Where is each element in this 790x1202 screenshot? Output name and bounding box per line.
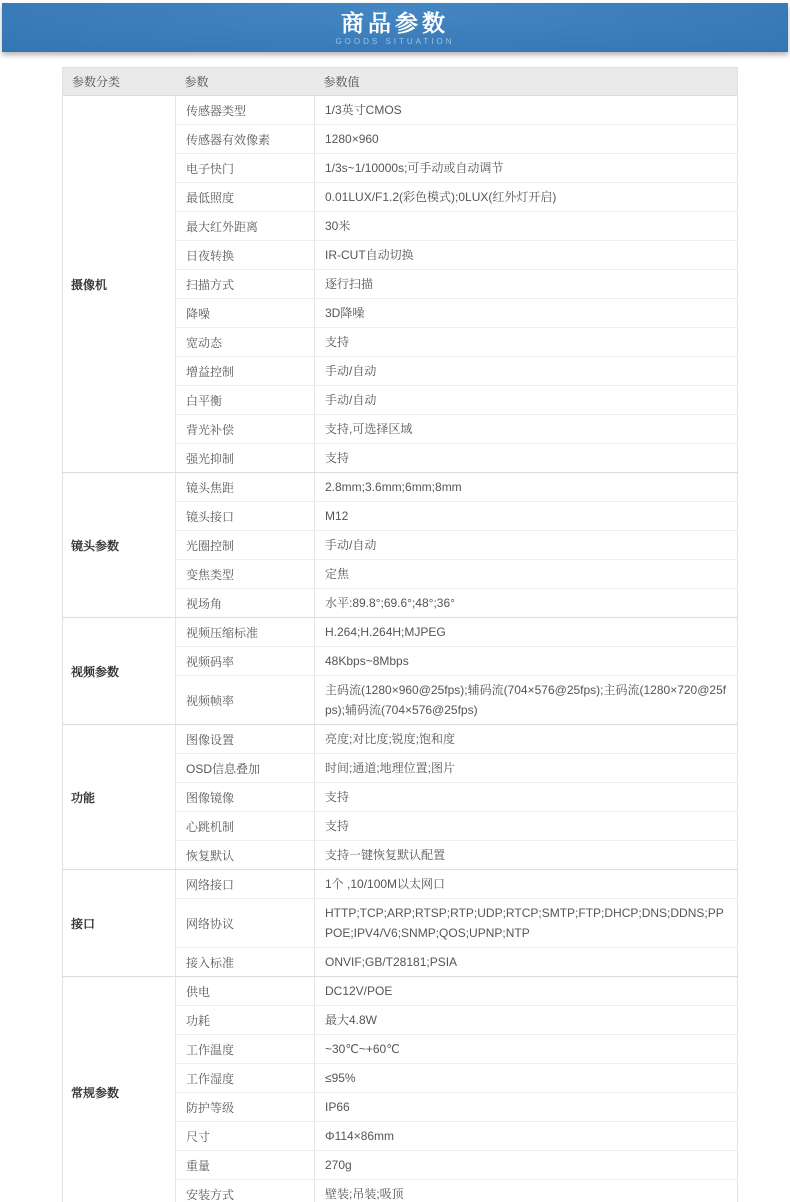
param-value-cell: 2.8mm;3.6mm;6mm;8mm	[315, 473, 738, 502]
param-name-cell: 镜头焦距	[176, 473, 315, 502]
table-row: 视频参数视频压缩标准H.264;H.264H;MJPEG	[63, 618, 738, 647]
param-name-cell: 供电	[176, 977, 315, 1006]
param-value-cell: M12	[315, 502, 738, 531]
param-value-cell: 水平:89.8°;69.6°;48°;36°	[315, 589, 738, 618]
param-name-cell: OSD信息叠加	[176, 754, 315, 783]
param-value-cell: 48Kbps~8Mbps	[315, 647, 738, 676]
param-value-cell: ONVIF;GB/T28181;PSIA	[315, 948, 738, 977]
param-value-cell: 逐行扫描	[315, 270, 738, 299]
param-name-cell: 安装方式	[176, 1180, 315, 1202]
category-cell: 摄像机	[63, 96, 176, 473]
param-name-cell: 视场角	[176, 589, 315, 618]
spec-table-body: 摄像机传感器类型1/3英寸CMOS传感器有效像素1280×960电子快门1/3s…	[63, 96, 738, 1202]
param-value-cell: 手动/自动	[315, 386, 738, 415]
param-name-cell: 网络协议	[176, 899, 315, 948]
param-name-cell: 传感器类型	[176, 96, 315, 125]
col-header-category: 参数分类	[63, 68, 176, 96]
param-name-cell: 图像镜像	[176, 783, 315, 812]
param-value-cell: DC12V/POE	[315, 977, 738, 1006]
param-value-cell: 支持一键恢复默认配置	[315, 841, 738, 870]
param-value-cell: 0.01LUX/F1.2(彩色模式);0LUX(红外灯开启)	[315, 183, 738, 212]
param-value-cell: 支持	[315, 328, 738, 357]
col-header-param: 参数	[176, 68, 315, 96]
param-name-cell: 功耗	[176, 1006, 315, 1035]
param-value-cell: 手动/自动	[315, 531, 738, 560]
param-value-cell: IP66	[315, 1093, 738, 1122]
param-value-cell: ≤95%	[315, 1064, 738, 1093]
param-name-cell: 工作湿度	[176, 1064, 315, 1093]
param-name-cell: 变焦类型	[176, 560, 315, 589]
param-name-cell: 恢复默认	[176, 841, 315, 870]
table-row: 摄像机传感器类型1/3英寸CMOS	[63, 96, 738, 125]
param-name-cell: 图像设置	[176, 725, 315, 754]
param-value-cell: 支持	[315, 783, 738, 812]
col-header-value: 参数值	[315, 68, 738, 96]
param-name-cell: 背光补偿	[176, 415, 315, 444]
param-name-cell: 日夜转换	[176, 241, 315, 270]
table-row: 功能图像设置亮度;对比度;锐度;饱和度	[63, 725, 738, 754]
category-cell: 镜头参数	[63, 473, 176, 618]
param-name-cell: 视频码率	[176, 647, 315, 676]
param-name-cell: 网络接口	[176, 870, 315, 899]
product-spec-table: 参数分类 参数 参数值 摄像机传感器类型1/3英寸CMOS传感器有效像素1280…	[62, 67, 738, 1202]
param-name-cell: 宽动态	[176, 328, 315, 357]
spec-table-header: 参数分类 参数 参数值	[63, 68, 738, 96]
param-value-cell: 3D降噪	[315, 299, 738, 328]
param-value-cell: 亮度;对比度;锐度;饱和度	[315, 725, 738, 754]
param-value-cell: HTTP;TCP;ARP;RTSP;RTP;UDP;RTCP;SMTP;FTP;…	[315, 899, 738, 948]
param-value-cell: 主码流(1280×960@25fps);辅码流(704×576@25fps);主…	[315, 676, 738, 725]
page-subtitle: GOODS SITUATION	[335, 37, 454, 46]
param-name-cell: 增益控制	[176, 357, 315, 386]
param-name-cell: 心跳机制	[176, 812, 315, 841]
param-value-cell: 270g	[315, 1151, 738, 1180]
param-value-cell: 1280×960	[315, 125, 738, 154]
category-cell: 常规参数	[63, 977, 176, 1202]
param-name-cell: 视频帧率	[176, 676, 315, 725]
param-value-cell: Φ114×86mm	[315, 1122, 738, 1151]
header-row: 参数分类 参数 参数值	[63, 68, 738, 96]
param-value-cell: 支持	[315, 812, 738, 841]
param-value-cell: 1/3英寸CMOS	[315, 96, 738, 125]
param-name-cell: 扫描方式	[176, 270, 315, 299]
param-name-cell: 工作温度	[176, 1035, 315, 1064]
param-name-cell: 降噪	[176, 299, 315, 328]
page-title: 商品参数	[341, 10, 449, 36]
param-name-cell: 镜头接口	[176, 502, 315, 531]
param-name-cell: 传感器有效像素	[176, 125, 315, 154]
category-cell: 视频参数	[63, 618, 176, 725]
param-name-cell: 接入标准	[176, 948, 315, 977]
param-name-cell: 最低照度	[176, 183, 315, 212]
param-name-cell: 视频压缩标准	[176, 618, 315, 647]
param-name-cell: 最大红外距离	[176, 212, 315, 241]
table-row: 镜头参数镜头焦距2.8mm;3.6mm;6mm;8mm	[63, 473, 738, 502]
param-value-cell: 1个 ,10/100M以太网口	[315, 870, 738, 899]
param-value-cell: 1/3s~1/10000s;可手动或自动调节	[315, 154, 738, 183]
table-row: 接口网络接口1个 ,10/100M以太网口	[63, 870, 738, 899]
table-row: 常规参数供电DC12V/POE	[63, 977, 738, 1006]
section-banner: 商品参数 GOODS SITUATION	[2, 3, 788, 52]
param-name-cell: 强光抑制	[176, 444, 315, 473]
param-value-cell: IR-CUT自动切换	[315, 241, 738, 270]
param-name-cell: 电子快门	[176, 154, 315, 183]
param-name-cell: 白平衡	[176, 386, 315, 415]
param-value-cell: ~30℃~+60℃	[315, 1035, 738, 1064]
param-value-cell: 支持	[315, 444, 738, 473]
param-value-cell: H.264;H.264H;MJPEG	[315, 618, 738, 647]
param-value-cell: 壁装;吊装;吸顶	[315, 1180, 738, 1202]
param-value-cell: 支持,可选择区域	[315, 415, 738, 444]
category-cell: 接口	[63, 870, 176, 977]
param-value-cell: 30米	[315, 212, 738, 241]
param-value-cell: 定焦	[315, 560, 738, 589]
param-name-cell: 尺寸	[176, 1122, 315, 1151]
param-value-cell: 时间;通道;地理位置;图片	[315, 754, 738, 783]
param-value-cell: 最大4.8W	[315, 1006, 738, 1035]
category-cell: 功能	[63, 725, 176, 870]
param-name-cell: 防护等级	[176, 1093, 315, 1122]
param-value-cell: 手动/自动	[315, 357, 738, 386]
param-name-cell: 光圈控制	[176, 531, 315, 560]
param-name-cell: 重量	[176, 1151, 315, 1180]
